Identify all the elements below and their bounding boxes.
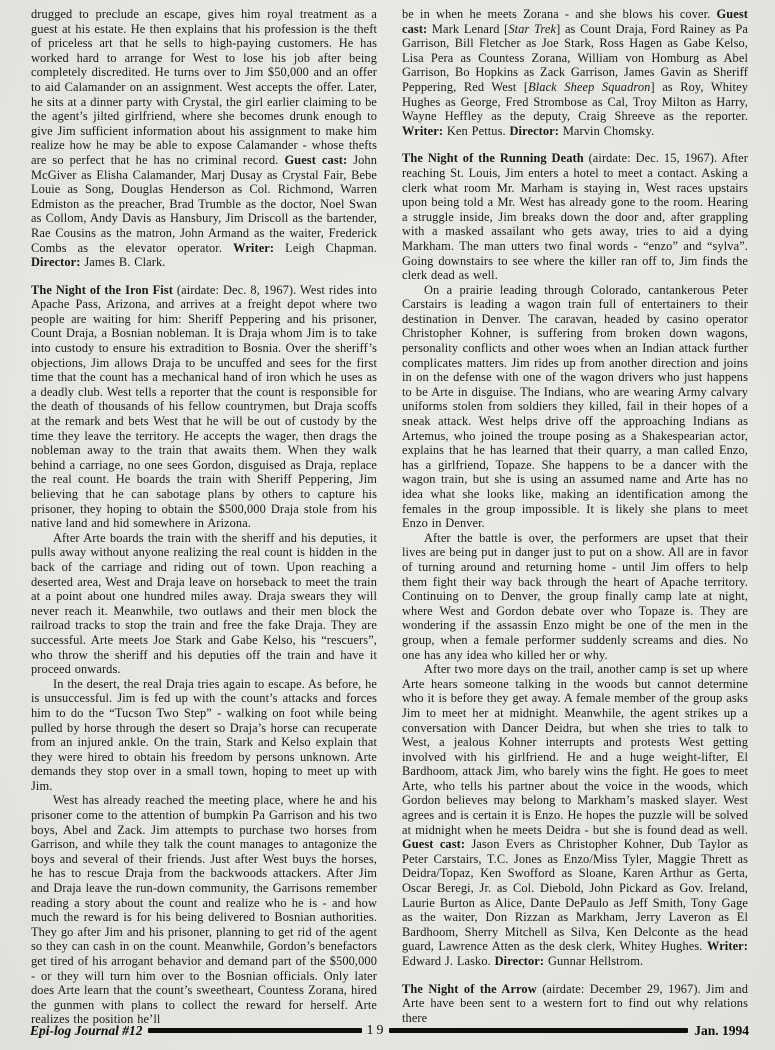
bold-run: Writer:: [707, 939, 748, 953]
episode-paragraph: The Night of the Running Death (airdate:…: [402, 151, 748, 282]
text-run: John McGiver as Elisha Calamander, Marj …: [31, 153, 377, 255]
issue-date: Jan. 1994: [688, 1023, 749, 1039]
body-paragraph: On a prairie leading through Colorado, c…: [402, 283, 748, 531]
body-paragraph: After the battle is over, the performers…: [402, 531, 748, 662]
text-run: Gunnar Hellstrom.: [544, 954, 643, 968]
text-columns: drugged to preclude an escape, gives him…: [31, 7, 748, 1027]
episode-paragraph: The Night of the Arrow (airdate: Decembe…: [402, 982, 748, 1026]
text-run: Leigh Chapman.: [274, 241, 377, 255]
bold-run: Guest cast:: [402, 837, 465, 851]
text-run: On a prairie leading through Colorado, c…: [402, 283, 748, 531]
text-run: After two more days on the trail, anothe…: [402, 662, 748, 837]
journal-title: Epi-log Journal #12: [30, 1023, 148, 1039]
text-run: Marvin Chomsky.: [559, 124, 654, 138]
text-run: West has already reached the meeting pla…: [31, 793, 377, 1026]
text-run: Ken Pettus.: [443, 124, 509, 138]
text-run: Jason Evers as Christopher Kohner, Dub T…: [402, 837, 748, 953]
bold-run: Director:: [495, 954, 545, 968]
left-column: drugged to preclude an escape, gives him…: [31, 7, 377, 1027]
continuation-paragraph: drugged to preclude an escape, gives him…: [31, 7, 377, 270]
bold-run: Guest cast:: [284, 153, 347, 167]
text-run: After Arte boards the train with the she…: [31, 531, 377, 676]
text-run: Edward J. Lasko.: [402, 954, 495, 968]
text-run: be in when he meets Zorana - and she blo…: [402, 7, 717, 21]
text-run: In the desert, the real Draja tries agai…: [31, 677, 377, 793]
page-number: 19: [362, 1023, 389, 1039]
bold-run: Director:: [31, 255, 81, 269]
scanned-journal-page: { "page": { "paper_color": "#e9e8e4", "i…: [0, 0, 775, 1050]
bold-run: The Night of the Arrow: [402, 982, 537, 996]
text-run: James B. Clark.: [81, 255, 166, 269]
text-run: Mark Lenard [: [427, 22, 508, 36]
text-run: After the battle is over, the performers…: [402, 531, 748, 662]
text-run: (airdate: Dec. 15, 1967). After reaching…: [402, 151, 748, 282]
body-paragraph: West has already reached the meeting pla…: [31, 793, 377, 1027]
italic-run: Black Sheep Squadron: [528, 80, 650, 94]
page: drugged to preclude an escape, gives him…: [0, 0, 775, 1050]
page-footer: Epi-log Journal #12 19 Jan. 1994: [30, 1020, 749, 1041]
continuation-paragraph: be in when he meets Zorana - and she blo…: [402, 7, 748, 138]
italic-run: Star Trek: [508, 22, 556, 36]
episode-paragraph: The Night of the Iron Fist (airdate: Dec…: [31, 283, 377, 531]
bold-run: Writer:: [233, 241, 274, 255]
footer-rule-left: [148, 1028, 362, 1033]
right-column: be in when he meets Zorana - and she blo…: [402, 7, 748, 1027]
text-run: drugged to preclude an escape, gives him…: [31, 7, 377, 167]
bold-run: The Night of the Running Death: [402, 151, 584, 165]
body-paragraph: After two more days on the trail, anothe…: [402, 662, 748, 968]
body-paragraph: After Arte boards the train with the she…: [31, 531, 377, 677]
footer-rule-right: [389, 1028, 689, 1033]
bold-run: The Night of the Iron Fist: [31, 283, 173, 297]
body-paragraph: In the desert, the real Draja tries agai…: [31, 677, 377, 794]
bold-run: Director:: [510, 124, 560, 138]
text-run: (airdate: Dec. 8, 1967). West rides into…: [31, 283, 377, 531]
bold-run: Writer:: [402, 124, 443, 138]
